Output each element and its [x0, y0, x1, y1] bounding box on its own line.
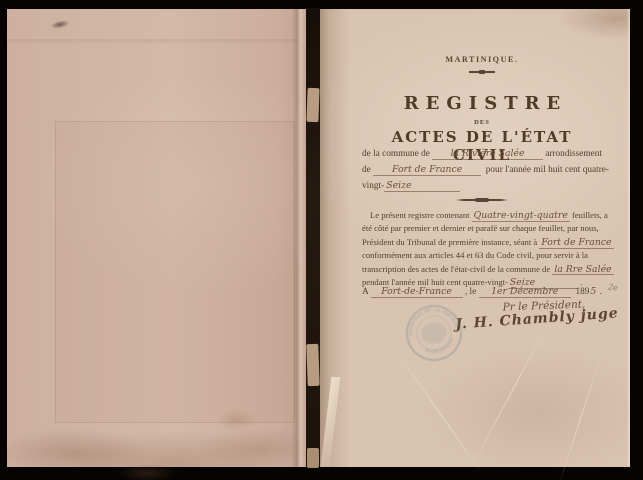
paragraph-line: transcription des actes de l'état-civil …: [362, 263, 602, 276]
region-label: MARTINIQUE.: [362, 55, 602, 64]
cover-board-edge: [292, 9, 306, 467]
printed-text: , le: [463, 287, 479, 297]
binding-torn-patch: [307, 448, 319, 468]
ornament-rule-small: [469, 71, 495, 73]
printed-text: pour l'année mil huit cent quatre-: [481, 165, 609, 175]
cover-top-imprint: [7, 39, 306, 45]
printed-text: .: [597, 287, 602, 297]
handwritten-commune-abbrev: la Rre Salée: [552, 265, 613, 276]
printed-text: vingt-: [362, 181, 384, 191]
binding-torn-patch: [306, 88, 319, 122]
printed-text: A: [362, 287, 371, 297]
printed-text: de la commune de: [362, 149, 432, 159]
handwritten-place: Fort-de-France: [371, 287, 463, 298]
scanned-civil-register-title-page: MARTINIQUE. REGISTRE DES ACTES DE L'ÉTAT…: [0, 0, 643, 480]
handwritten-date: 1er Décembre: [479, 287, 571, 298]
book-inside-cover: [7, 9, 306, 467]
printed-text: transcription des actes de l'état-civil …: [362, 263, 552, 276]
register-title-page: MARTINIQUE. REGISTRE DES ACTES DE L'ÉTAT…: [320, 9, 630, 467]
pencil-margin-note: 2e: [607, 282, 618, 292]
ink-smudge: [50, 19, 69, 30]
page-corner-edge: [320, 377, 340, 467]
printed-text: Le présent registre contenant: [370, 209, 472, 222]
printed-text: feuillets, a: [570, 209, 608, 222]
printed-text: 189: [571, 287, 590, 297]
ornament-rule: [456, 199, 508, 201]
year-line: vingt- Seize: [362, 181, 602, 192]
handwritten-year-word: Seize: [384, 181, 460, 192]
paragraph-line: Président du Tribunal de première instan…: [362, 236, 602, 249]
arrondissement-line: de Fort de France pour l'année mil huit …: [362, 165, 602, 176]
binding-torn-patch: [306, 344, 319, 386]
title-connector: DES: [362, 119, 602, 126]
date-place-line: A Fort-de-France , le 1er Décembre 189 5…: [362, 287, 602, 298]
page-right-edge: [627, 9, 630, 467]
commune-line: de la commune de la Rivière Salée arrond…: [362, 149, 602, 160]
handwritten-tribunal-seat: Fort de France: [539, 238, 613, 249]
printed-text: arrondissement: [543, 149, 602, 159]
handwritten-year-digit: 5: [589, 287, 597, 297]
register-title: REGISTRE: [362, 93, 602, 114]
paragraph-line: été côté par premier et dernier et paraf…: [362, 222, 602, 235]
paragraph-line: Le présent registre contenant Quatre-vin…: [362, 209, 602, 222]
handwritten-arrondissement: Fort de France: [373, 165, 481, 176]
printed-text: de: [362, 165, 373, 175]
paper-stain: [217, 409, 257, 431]
binding-gutter: [306, 8, 320, 467]
paper-crease: [558, 352, 602, 480]
cover-pressed-imprint: [55, 121, 295, 423]
paper-crease: [470, 319, 551, 470]
handwritten-commune: la Rivière Salée: [432, 149, 543, 160]
printed-text: Président du Tribunal de première instan…: [362, 236, 539, 249]
attestation-paragraph: Le présent registre contenant Quatre-vin…: [362, 209, 602, 289]
handwritten-folio-count: Quatre-vingt-quatre: [472, 211, 570, 222]
paragraph-line: conformément aux articles 44 et 63 du Co…: [362, 249, 602, 262]
paper-crease: [397, 352, 484, 475]
paper-stain: [117, 464, 177, 480]
